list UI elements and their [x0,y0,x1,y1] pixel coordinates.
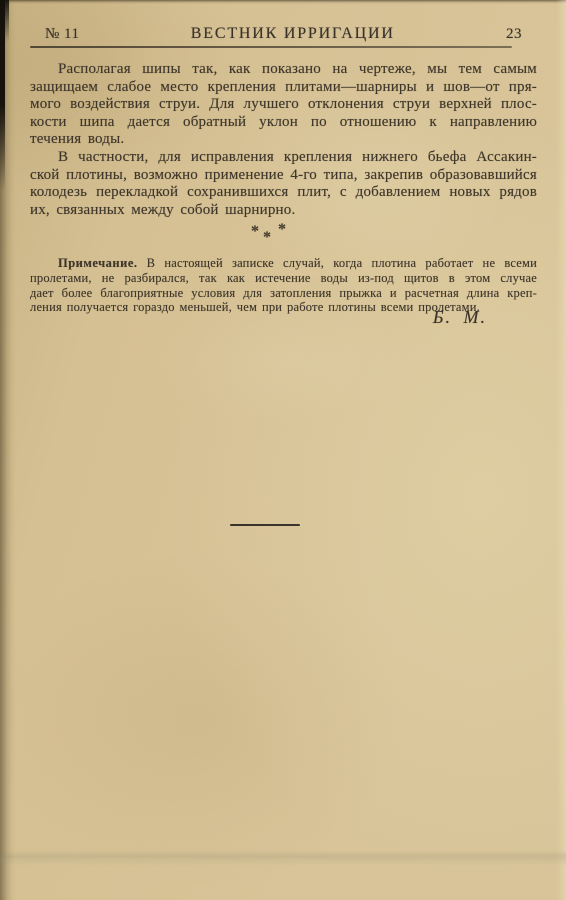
paragraph-line: мого воздействия струи. Для лучшего откл… [30,96,537,114]
note-line: пролетами, не разбирался, так как истече… [30,271,537,286]
paragraph-line: В частности, для исправления крепления н… [30,149,537,167]
paragraph-line: течения воды. [30,131,537,149]
paper-crease [0,850,566,866]
note-line: дает более благоприятные условия для зат… [30,286,537,301]
paragraph-line: защищаем слабое место крепления плитами—… [30,79,537,97]
author-initials: Б. М. [30,307,487,328]
page-top-edge-shadow [0,0,566,4]
article-paragraph-1: Располагая шипы так, как показано на чер… [30,61,537,149]
paragraph-line: кости шипа дается обратный уклон по отно… [30,114,537,132]
asterisk-glyph: * [263,229,271,247]
article-body: Располагая шипы так, как показано на чер… [30,61,537,247]
scanned-journal-page: № 11 ВЕСТНИК ИРРИГАЦИИ 23 Располагая шип… [0,0,566,900]
page-right-edge-highlight [556,0,566,900]
journal-header: № 11 ВЕСТНИК ИРРИГАЦИИ 23 [45,25,522,43]
page-top-left-corner-mark [0,0,9,42]
paragraph-line: их, связанных между собой шарнирно. [30,202,537,220]
asterisk-glyph: * [278,221,286,239]
header-rule [30,46,512,48]
article-paragraph-2: В частности, для исправления крепления н… [30,149,537,219]
section-end-rule [230,524,300,526]
section-divider-asterisks: * * * [251,223,311,247]
issue-number: № 11 [45,26,80,43]
paragraph-line: колодезь перекладкой сохранившихся плит,… [30,184,537,202]
journal-title: ВЕСТНИК ИРРИГАЦИИ [191,25,395,43]
note-text: В настоящей записке случай, когда плотин… [147,256,537,270]
note-line: Примечание. В настоящей записке случай, … [30,256,537,271]
paragraph-line: Располагая шипы так, как показано на чер… [30,61,537,79]
page-number: 23 [506,26,522,43]
asterisk-glyph: * [251,223,259,241]
paragraph-line: ской плотины, возможно применение 4-го т… [30,167,537,185]
note-label: Примечание. [58,256,138,270]
